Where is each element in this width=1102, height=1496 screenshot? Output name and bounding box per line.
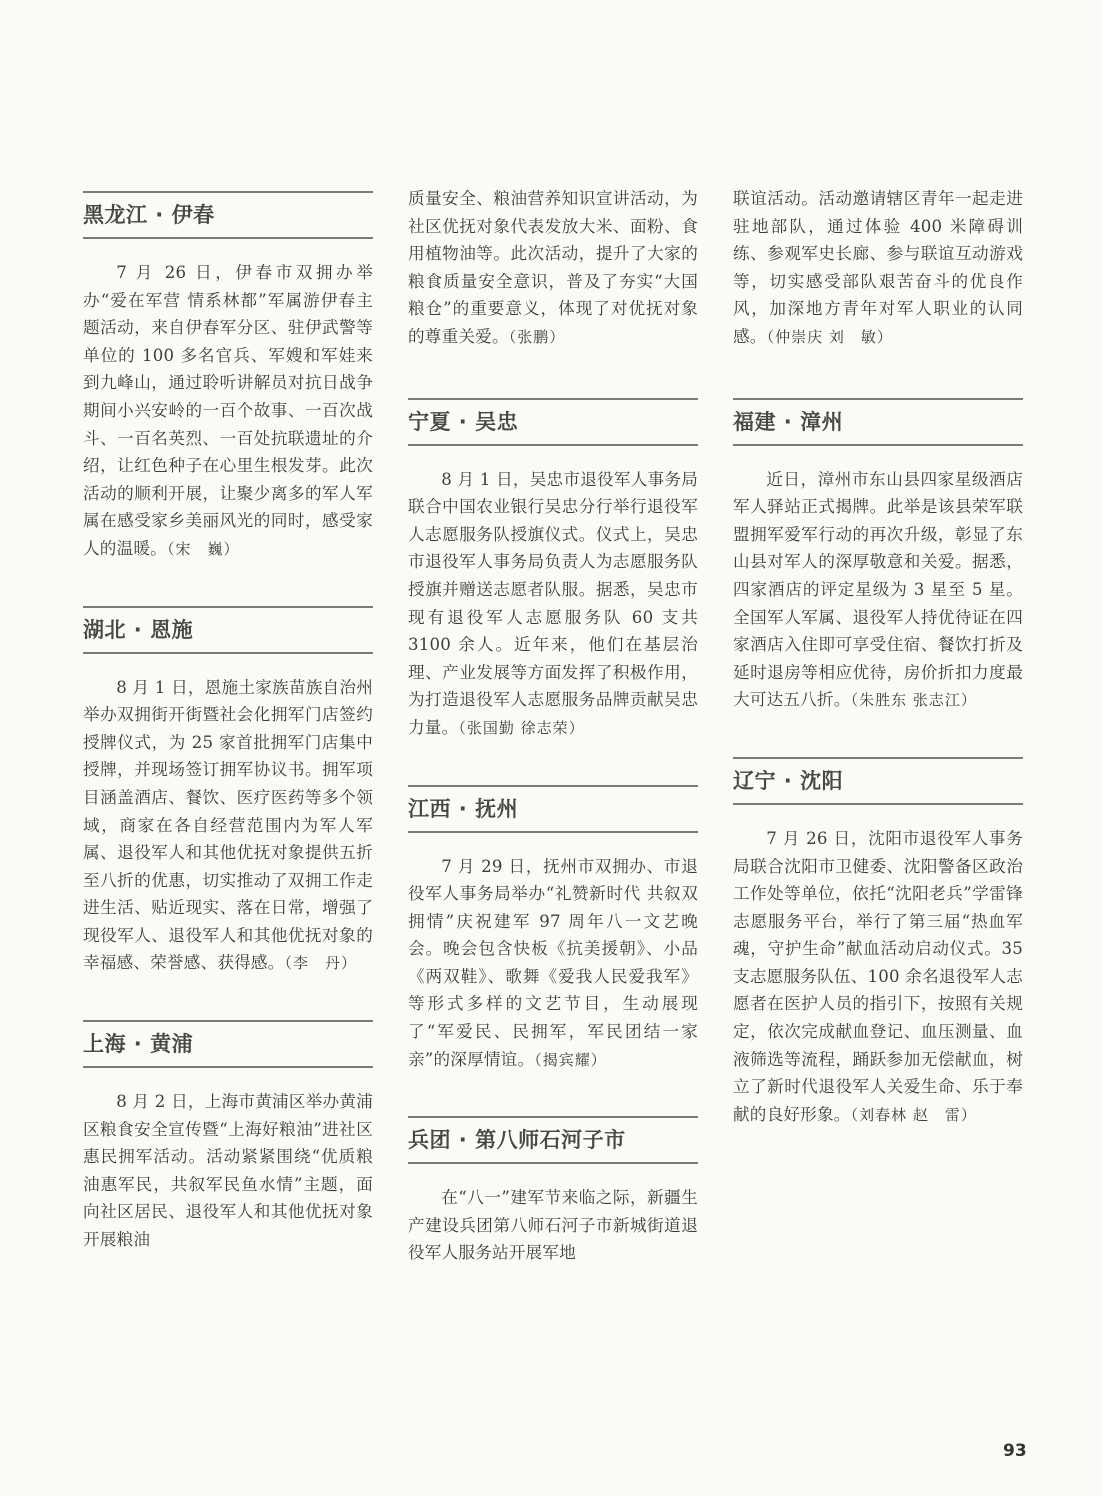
article-byline: （张鹏） xyxy=(509,328,566,346)
article-liaoning-shenyang: 辽宁 · 沈阳 7 月 26 日，沈阳市退役军人事务局联合沈阳市卫健委、沈阳警备… xyxy=(733,757,1023,1130)
article-title: 上海 · 黄浦 xyxy=(83,1020,373,1068)
article-body: 8 月 2 日，上海市黄浦区举办黄浦区粮食安全宣传暨“上海好粮油”进社区惠民拥军… xyxy=(83,1088,373,1254)
column-1: 黑龙江 · 伊春 7 月 26 日，伊春市双拥办举办“爱在军营 情系林都”军属游… xyxy=(83,191,373,1254)
article-body: 7 月 26 日，伊春市双拥办举办“爱在军营 情系林都”军属游伊春主题活动，来自… xyxy=(83,259,373,564)
article-body: 7 月 26 日，沈阳市退役军人事务局联合沈阳市卫健委、沈阳警备区政治工作处等单… xyxy=(733,825,1023,1130)
article-byline: （揭宾耀） xyxy=(534,1051,607,1069)
article-shanghai-huangpu: 上海 · 黄浦 8 月 2 日，上海市黄浦区举办黄浦区粮食安全宣传暨“上海好粮油… xyxy=(83,1020,373,1254)
article-body: 在“八一”建军节来临之际，新疆生产建设兵团第八师石河子市新城街道退役军人服务站开… xyxy=(408,1184,698,1267)
article-body: 7 月 29 日，抚州市双拥办、市退役军人事务局举办“礼赞新时代 共叙双拥情”庆… xyxy=(408,853,698,1075)
article-byline: （仲崇庆 刘 敏） xyxy=(767,328,893,346)
article-byline: （李 丹） xyxy=(285,954,358,972)
article-title: 湖北 · 恩施 xyxy=(83,606,373,654)
article-body: 8 月 1 日，恩施土家族苗族自治州举办双拥街开街暨社会化拥军门店签约授牌仪式，… xyxy=(83,674,373,979)
column-3: 联谊活动。活动邀请辖区青年一起走进驻地部队，通过体验 400 米障碍训练、参观军… xyxy=(733,185,1023,1129)
article-title: 福建 · 漳州 xyxy=(733,398,1023,446)
article-title: 黑龙江 · 伊春 xyxy=(83,191,373,239)
article-title: 江西 · 抚州 xyxy=(408,785,698,833)
article-title: 辽宁 · 沈阳 xyxy=(733,757,1023,805)
article-jiangxi-fuzhou: 江西 · 抚州 7 月 29 日，抚州市双拥办、市退役军人事务局举办“礼赞新时代… xyxy=(408,785,698,1075)
article-body: 8 月 1 日，吴忠市退役军人事务局联合中国农业银行吴忠分行举行退役军人志愿服务… xyxy=(408,466,698,743)
article-title: 宁夏 · 吴忠 xyxy=(408,398,698,446)
article-ningxia-wuzhong: 宁夏 · 吴忠 8 月 1 日，吴忠市退役军人事务局联合中国农业银行吴忠分行举行… xyxy=(408,398,698,743)
article-bingtuan-shihezi: 兵团 · 第八师石河子市 在“八一”建军节来临之际，新疆生产建设兵团第八师石河子… xyxy=(408,1116,698,1267)
article-byline: （宋 巍） xyxy=(167,540,240,558)
article-byline: （张国勤 徐志荣） xyxy=(458,719,584,737)
article-byline: （刘春林 赵 雷） xyxy=(851,1106,977,1124)
article-title: 兵团 · 第八师石河子市 xyxy=(408,1116,698,1164)
article-fujian-zhangzhou: 福建 · 漳州 近日，漳州市东山县四家星级酒店军人驿站正式揭牌。此举是该县荣军联… xyxy=(733,398,1023,715)
article-byline: （朱胜东 张志江） xyxy=(851,691,977,709)
column-2: 质量安全、粮油营养知识宣讲活动，为社区优抚对象代表发放大米、面粉、食用植物油等。… xyxy=(408,185,698,1267)
page-number: 93 xyxy=(1003,1441,1027,1461)
article-hubei-enshi: 湖北 · 恩施 8 月 1 日，恩施土家族苗族自治州举办双拥街开街暨社会化拥军门… xyxy=(83,606,373,979)
article-body-continued: 质量安全、粮油营养知识宣讲活动，为社区优抚对象代表发放大米、面粉、食用植物油等。… xyxy=(408,185,698,352)
article-heilongjiang-yichun: 黑龙江 · 伊春 7 月 26 日，伊春市双拥办举办“爱在军营 情系林都”军属游… xyxy=(83,191,373,564)
article-body-continued: 联谊活动。活动邀请辖区青年一起走进驻地部队，通过体验 400 米障碍训练、参观军… xyxy=(733,185,1023,352)
article-body: 近日，漳州市东山县四家星级酒店军人驿站正式揭牌。此举是该县荣军联盟拥军爱军行动的… xyxy=(733,466,1023,715)
